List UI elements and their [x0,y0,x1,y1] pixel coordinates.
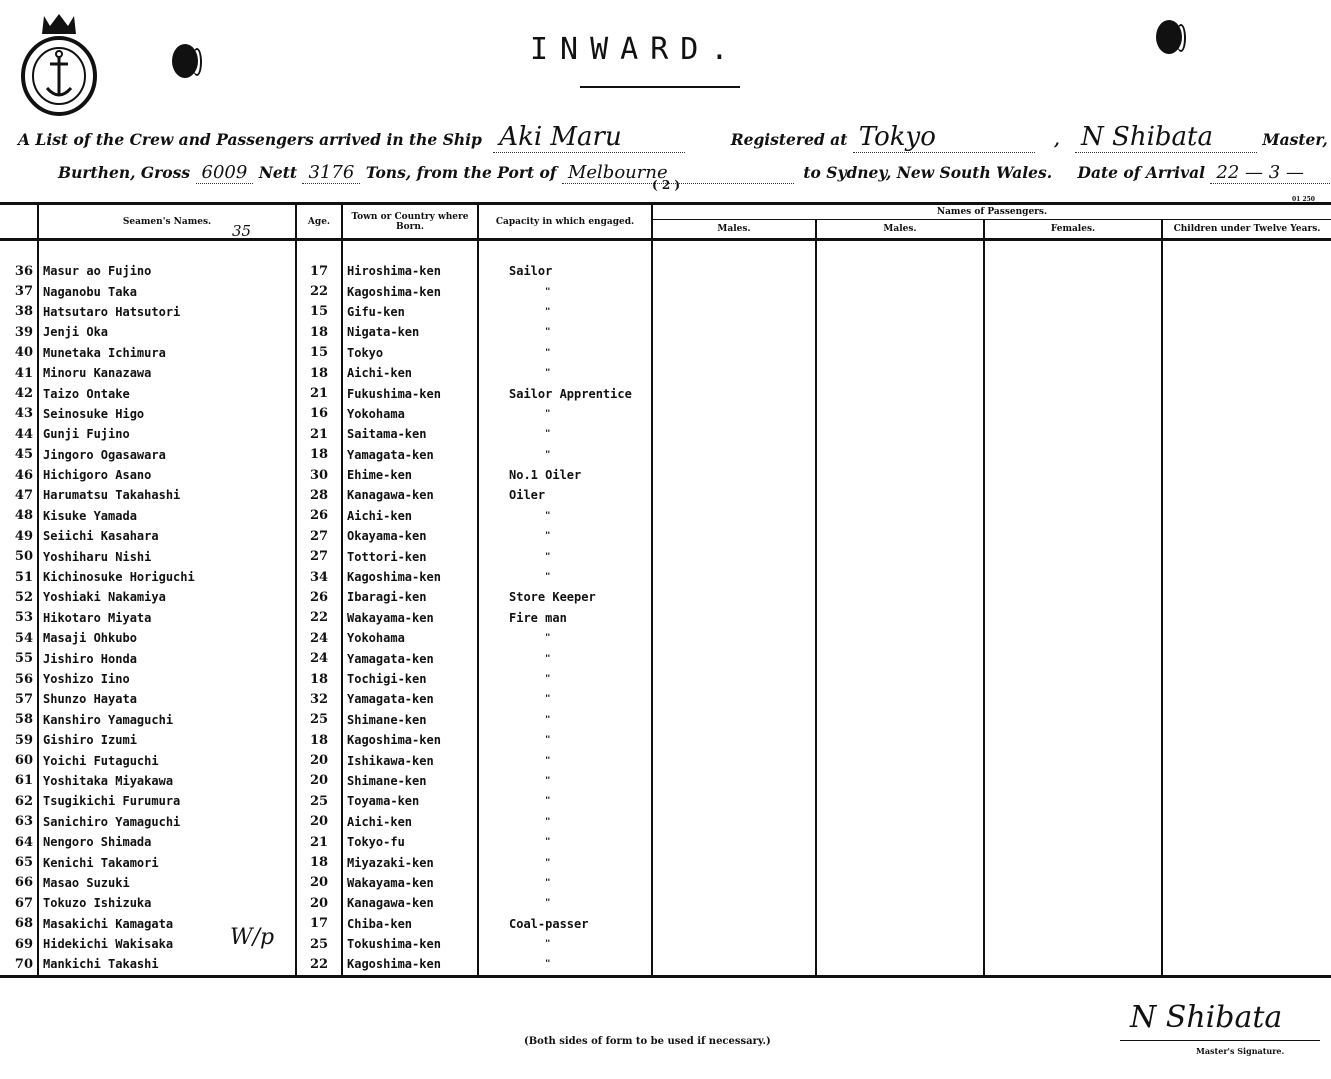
birthplace: Yamagata-ken [342,689,478,709]
row-number: 59 [0,730,38,750]
seaman-age: 25 [296,934,342,954]
passenger-cell [984,771,1162,791]
shipping-office-seal-icon [20,8,98,116]
passenger-cell [984,873,1162,893]
passenger-cell [816,832,984,852]
passenger-cell [1162,852,1331,872]
passenger-cell [984,954,1162,976]
passenger-cell [984,404,1162,424]
seaman-age: 18 [296,363,342,383]
seaman-name: Jishiro Honda [38,648,296,668]
passenger-cell [816,322,984,342]
passenger-cell [652,587,816,607]
birthplace: Tokushima-ken [342,934,478,954]
passenger-cell [1162,934,1331,954]
burthen-label: Burthen, Gross [58,163,190,182]
capacity: " [478,648,652,668]
seaman-age: 15 [296,343,342,363]
table-row: 57Shunzo Hayata32Yamagata-ken" [0,689,1331,709]
passenger-cell [1162,914,1331,934]
passenger-cell [1162,281,1331,301]
passenger-cell [816,914,984,934]
capacity: " [478,934,652,954]
row-number: 61 [0,771,38,791]
seaman-age: 18 [296,669,342,689]
table-row: 41Minoru Kanazawa18Aichi-ken" [0,363,1331,383]
capacity: No.1 Oiler [478,465,652,485]
capacity: " [478,322,652,342]
seaman-age: 30 [296,465,342,485]
passenger-cell [816,567,984,587]
birthplace: Kanagawa-ken [342,485,478,505]
margin-annotation: W/p [230,925,274,950]
seaman-age: 18 [296,730,342,750]
seaman-name: Yoshizo Iino [38,669,296,689]
passenger-cell [652,954,816,976]
table-row: 52Yoshiaki Nakamiya26Ibaragi-kenStore Ke… [0,587,1331,607]
table-row: 67Tokuzo Ishizuka20Kanagawa-ken" [0,893,1331,913]
crew-table: Seamen's Names. Age. Town or Country whe… [0,202,1331,978]
master-label: Master, [1262,130,1327,149]
seaman-name: Nengoro Shimada [38,832,296,852]
passenger-cell [1162,812,1331,832]
row-number: 38 [0,302,38,322]
capacity: " [478,546,652,566]
capacity: " [478,689,652,709]
passenger-cell [652,424,816,444]
passenger-cell [652,750,816,770]
table-row: 45Jingoro Ogasawara18Yamagata-ken" [0,445,1331,465]
passenger-cell [1162,383,1331,403]
row-number: 62 [0,791,38,811]
passenger-cell [984,628,1162,648]
passenger-cell [1162,832,1331,852]
seaman-name: Masao Suzuki [38,873,296,893]
row-number: 65 [0,852,38,872]
passenger-cell [1162,750,1331,770]
page-number: ( 2 ) [652,178,680,192]
table-row: 53Hikotaro Miyata22Wakayama-kenFire man [0,608,1331,628]
capacity: " [478,812,652,832]
seaman-age: 18 [296,322,342,342]
birthplace: Wakayama-ken [342,608,478,628]
seaman-age: 27 [296,526,342,546]
seaman-name: Hikotaro Miyata [38,608,296,628]
seaman-age: 21 [296,832,342,852]
capacity: " [478,771,652,791]
passenger-cell [652,526,816,546]
passenger-cell [984,893,1162,913]
seaman-age: 18 [296,852,342,872]
seaman-age: 26 [296,587,342,607]
passenger-cell [1162,608,1331,628]
passenger-cell [1162,261,1331,281]
seaman-name: Kenichi Takamori [38,852,296,872]
seaman-name: Minoru Kanazawa [38,363,296,383]
seaman-name: Naganobu Taka [38,281,296,301]
passenger-cell [652,506,816,526]
table-row: 38Hatsutaro Hatsutori15Gifu-ken" [0,302,1331,322]
row-number: 58 [0,710,38,730]
birthplace: Yokohama [342,628,478,648]
birthplace: Okayama-ken [342,526,478,546]
col-children: Children under Twelve Years. [1162,220,1331,240]
seaman-age: 26 [296,506,342,526]
passenger-cell [816,628,984,648]
seaman-name: Yoshiharu Nishi [38,546,296,566]
birthplace: Tokyo [342,343,478,363]
arrival-date: 22 — 3 — [1210,162,1331,184]
passenger-cell [652,730,816,750]
seaman-name: Mankichi Takashi [38,954,296,976]
passenger-cell [984,914,1162,934]
birthplace: Aichi-ken [342,812,478,832]
row-number: 52 [0,587,38,607]
passenger-cell [816,669,984,689]
passenger-cell [1162,485,1331,505]
passenger-cell [816,750,984,770]
nett-tons: 3176 [302,162,360,184]
passenger-cell [816,261,984,281]
punch-hole-icon [172,44,198,78]
passenger-cell [1162,628,1331,648]
passenger-cell [1162,567,1331,587]
passenger-cell [984,934,1162,954]
passenger-cell [652,608,816,628]
passenger-cell [1162,526,1331,546]
tons-from-label: Tons, from the Port of [366,163,557,182]
capacity: " [478,750,652,770]
table-row: 66Masao Suzuki20Wakayama-ken" [0,873,1331,893]
col-males-1: Males. [652,220,816,240]
nett-label: Nett [259,163,297,182]
birthplace: Ishikawa-ken [342,750,478,770]
passenger-cell [652,812,816,832]
passenger-cell [984,526,1162,546]
capacity: Store Keeper [478,587,652,607]
table-row: 47Harumatsu Takahashi28Kanagawa-kenOiler [0,485,1331,505]
birthplace: Kagoshima-ken [342,567,478,587]
passenger-cell [652,873,816,893]
seaman-name: Sanichiro Yamaguchi [38,812,296,832]
passenger-cell [652,710,816,730]
seaman-name: Jingoro Ogasawara [38,445,296,465]
capacity: " [478,363,652,383]
seaman-age: 18 [296,445,342,465]
row-number: 44 [0,424,38,444]
burthen-line: Burthen, Gross 6009 Nett 3176 Tons, from… [58,162,1331,184]
passenger-cell [652,383,816,403]
seaman-age: 22 [296,954,342,976]
passenger-cell [652,302,816,322]
passenger-cell [652,465,816,485]
to-sydney-label: to Sydney, New South Wales. [803,163,1052,182]
row-number: 39 [0,322,38,342]
ship-line-prefix: A List of the Crew and Passengers arrive… [18,130,482,149]
passenger-cell [816,893,984,913]
birthplace: Tottori-ken [342,546,478,566]
passenger-cell [652,404,816,424]
passenger-cell [652,261,816,281]
table-row: 65Kenichi Takamori18Miyazaki-ken" [0,852,1331,872]
passenger-cell [816,812,984,832]
passenger-cell [984,485,1162,505]
passenger-cell [1162,465,1331,485]
capacity: " [478,404,652,424]
passenger-cell [816,648,984,668]
passenger-cell [816,934,984,954]
birthplace: Kagoshima-ken [342,954,478,976]
birthplace: Tokyo-fu [342,832,478,852]
seaman-age: 22 [296,608,342,628]
seaman-age: 17 [296,914,342,934]
capacity: " [478,852,652,872]
capacity: " [478,567,652,587]
passenger-cell [652,363,816,383]
table-row: 51Kichinosuke Horiguchi34Kagoshima-ken" [0,567,1331,587]
birthplace: Chiba-ken [342,914,478,934]
arrival-label: Date of Arrival [1078,163,1206,182]
seaman-age: 24 [296,628,342,648]
passenger-cell [816,302,984,322]
seaman-name: Kichinosuke Horiguchi [38,567,296,587]
passenger-cell [652,628,816,648]
passenger-cell [816,343,984,363]
col-females: Females. [984,220,1162,240]
seaman-age: 25 [296,710,342,730]
master-name: N Shibata [1075,122,1257,153]
master-signature: N Shibata [1130,1000,1282,1035]
seaman-age: 25 [296,791,342,811]
row-number: 60 [0,750,38,770]
passenger-cell [816,445,984,465]
passenger-cell [816,587,984,607]
table-row: 48Kisuke Yamada26Aichi-ken" [0,506,1331,526]
passenger-cell [1162,506,1331,526]
signature-label: Master's Signature. [1196,1046,1284,1056]
seaman-age: 20 [296,771,342,791]
table-row: 61Yoshitaka Miyakawa20Shimane-ken" [0,771,1331,791]
seaman-name: Gunji Fujino [38,424,296,444]
capacity: Sailor Apprentice [478,383,652,403]
seaman-age: 24 [296,648,342,668]
birthplace: Wakayama-ken [342,873,478,893]
capacity: Oiler [478,485,652,505]
seaman-age: 32 [296,689,342,709]
capacity: " [478,791,652,811]
passenger-cell [984,608,1162,628]
passenger-cell [1162,546,1331,566]
row-number: 69 [0,934,38,954]
passenger-cell [652,445,816,465]
table-row: 58Kanshiro Yamaguchi25Shimane-ken" [0,710,1331,730]
seaman-name: Yoshitaka Miyakawa [38,771,296,791]
passenger-cell [652,567,816,587]
passenger-cell [1162,648,1331,668]
row-number: 55 [0,648,38,668]
row-number: 45 [0,445,38,465]
passenger-cell [1162,954,1331,976]
passenger-cell [984,730,1162,750]
seaman-age: 17 [296,261,342,281]
passenger-cell [816,710,984,730]
signature-line [1120,1040,1320,1041]
passenger-cell [984,506,1162,526]
table-row: 70Mankichi Takashi22Kagoshima-ken" [0,954,1331,976]
passenger-cell [984,424,1162,444]
seaman-age: 20 [296,750,342,770]
birthplace: Toyama-ken [342,791,478,811]
passenger-cell [984,791,1162,811]
birthplace: Hiroshima-ken [342,261,478,281]
table-row: 68Masakichi Kamagata17Chiba-kenCoal-pass… [0,914,1331,934]
row-number: 64 [0,832,38,852]
birthplace: Yamagata-ken [342,445,478,465]
passenger-cell [816,404,984,424]
seaman-age: 16 [296,404,342,424]
birthplace: Kagoshima-ken [342,730,478,750]
birthplace: Yokohama [342,404,478,424]
seaman-name: Seinosuke Higo [38,404,296,424]
passenger-cell [816,689,984,709]
passenger-cell [1162,669,1331,689]
row-number: 53 [0,608,38,628]
table-row: 59Gishiro Izumi18Kagoshima-ken" [0,730,1331,750]
passenger-cell [984,689,1162,709]
passenger-cell [816,526,984,546]
passenger-cell [984,852,1162,872]
seaman-name: Harumatsu Takahashi [38,485,296,505]
seaman-age: 15 [296,302,342,322]
passenger-cell [816,791,984,811]
row-number: 50 [0,546,38,566]
seaman-name: Gishiro Izumi [38,730,296,750]
row-number: 41 [0,363,38,383]
passenger-cell [984,832,1162,852]
birthplace: Aichi-ken [342,363,478,383]
birthplace: Aichi-ken [342,506,478,526]
row-number: 48 [0,506,38,526]
seaman-age: 20 [296,873,342,893]
passenger-cell [984,343,1162,363]
passenger-cell [652,343,816,363]
passenger-cell [1162,771,1331,791]
passenger-cell [816,730,984,750]
table-row: 50Yoshiharu Nishi27Tottori-ken" [0,546,1331,566]
table-row: 69Hidekichi Wakisaka25Tokushima-ken" [0,934,1331,954]
table-row: 36Masur ao Fujino17Hiroshima-kenSailor [0,261,1331,281]
passenger-cell [984,546,1162,566]
passenger-cell [816,383,984,403]
passenger-cell [1162,791,1331,811]
title-divider [580,86,740,88]
capacity: " [478,873,652,893]
birthplace: Kagoshima-ken [342,281,478,301]
seaman-age: 28 [296,485,342,505]
passenger-cell [816,954,984,976]
table-row: 46Hichigoro Asano30Ehime-kenNo.1 Oiler [0,465,1331,485]
capacity: " [478,445,652,465]
passenger-cell [1162,322,1331,342]
seaman-age: 21 [296,383,342,403]
passenger-cell [652,893,816,913]
table-row: 43Seinosuke Higo16Yokohama" [0,404,1331,424]
passenger-cell [984,383,1162,403]
seaman-age: 20 [296,812,342,832]
passenger-cell [984,363,1162,383]
row-number: 68 [0,914,38,934]
capacity: " [478,893,652,913]
capacity: Sailor [478,261,652,281]
seaman-name: Seiichi Kasahara [38,526,296,546]
row-number: 49 [0,526,38,546]
capacity: " [478,424,652,444]
row-number: 56 [0,669,38,689]
capacity: Fire man [478,608,652,628]
capacity: " [478,506,652,526]
birthplace: Kanagawa-ken [342,893,478,913]
passenger-cell [816,873,984,893]
row-number: 63 [0,812,38,832]
passenger-cell [652,934,816,954]
capacity: Coal-passer [478,914,652,934]
col-seamen-names: Seamen's Names. [38,204,296,240]
table-row: 62Tsugikichi Furumura25Toyama-ken" [0,791,1331,811]
birthplace: Shimane-ken [342,710,478,730]
table-row: 55Jishiro Honda24Yamagata-ken" [0,648,1331,668]
table-row: 44Gunji Fujino21Saitama-ken" [0,424,1331,444]
passenger-cell [984,465,1162,485]
capacity: " [478,281,652,301]
passenger-cell [652,832,816,852]
passenger-cell [816,546,984,566]
row-number: 54 [0,628,38,648]
seaman-age: 21 [296,424,342,444]
seaman-name: Yoshiaki Nakamiya [38,587,296,607]
row-number: 51 [0,567,38,587]
birthplace: Gifu-ken [342,302,478,322]
row-number: 42 [0,383,38,403]
row-number: 46 [0,465,38,485]
seaman-name: Taizo Ontake [38,383,296,403]
passenger-cell [652,914,816,934]
seaman-name: Munetaka Ichimura [38,343,296,363]
passenger-cell [1162,445,1331,465]
seaman-name: Masaji Ohkubo [38,628,296,648]
birthplace: Ehime-ken [342,465,478,485]
table-row: 60Yoichi Futaguchi20Ishikawa-ken" [0,750,1331,770]
page-title: INWARD. [530,32,740,67]
birthplace: Nigata-ken [342,322,478,342]
seaman-name: Masur ao Fujino [38,261,296,281]
registered-port: Tokyo [853,122,1035,153]
passenger-cell [652,648,816,668]
punch-hole-icon [1156,20,1182,54]
table-row: 56Yoshizo Iino18Tochigi-ken" [0,669,1331,689]
row-number: 40 [0,343,38,363]
passenger-cell [1162,730,1331,750]
passenger-cell [984,812,1162,832]
passenger-cell [984,567,1162,587]
passenger-cell [1162,343,1331,363]
passenger-cell [1162,363,1331,383]
passenger-cell [816,281,984,301]
seaman-age: 34 [296,567,342,587]
passenger-cell [1162,302,1331,322]
passenger-cell [984,669,1162,689]
seaman-name: Hatsutaro Hatsutori [38,302,296,322]
gross-tons: 6009 [196,162,254,184]
